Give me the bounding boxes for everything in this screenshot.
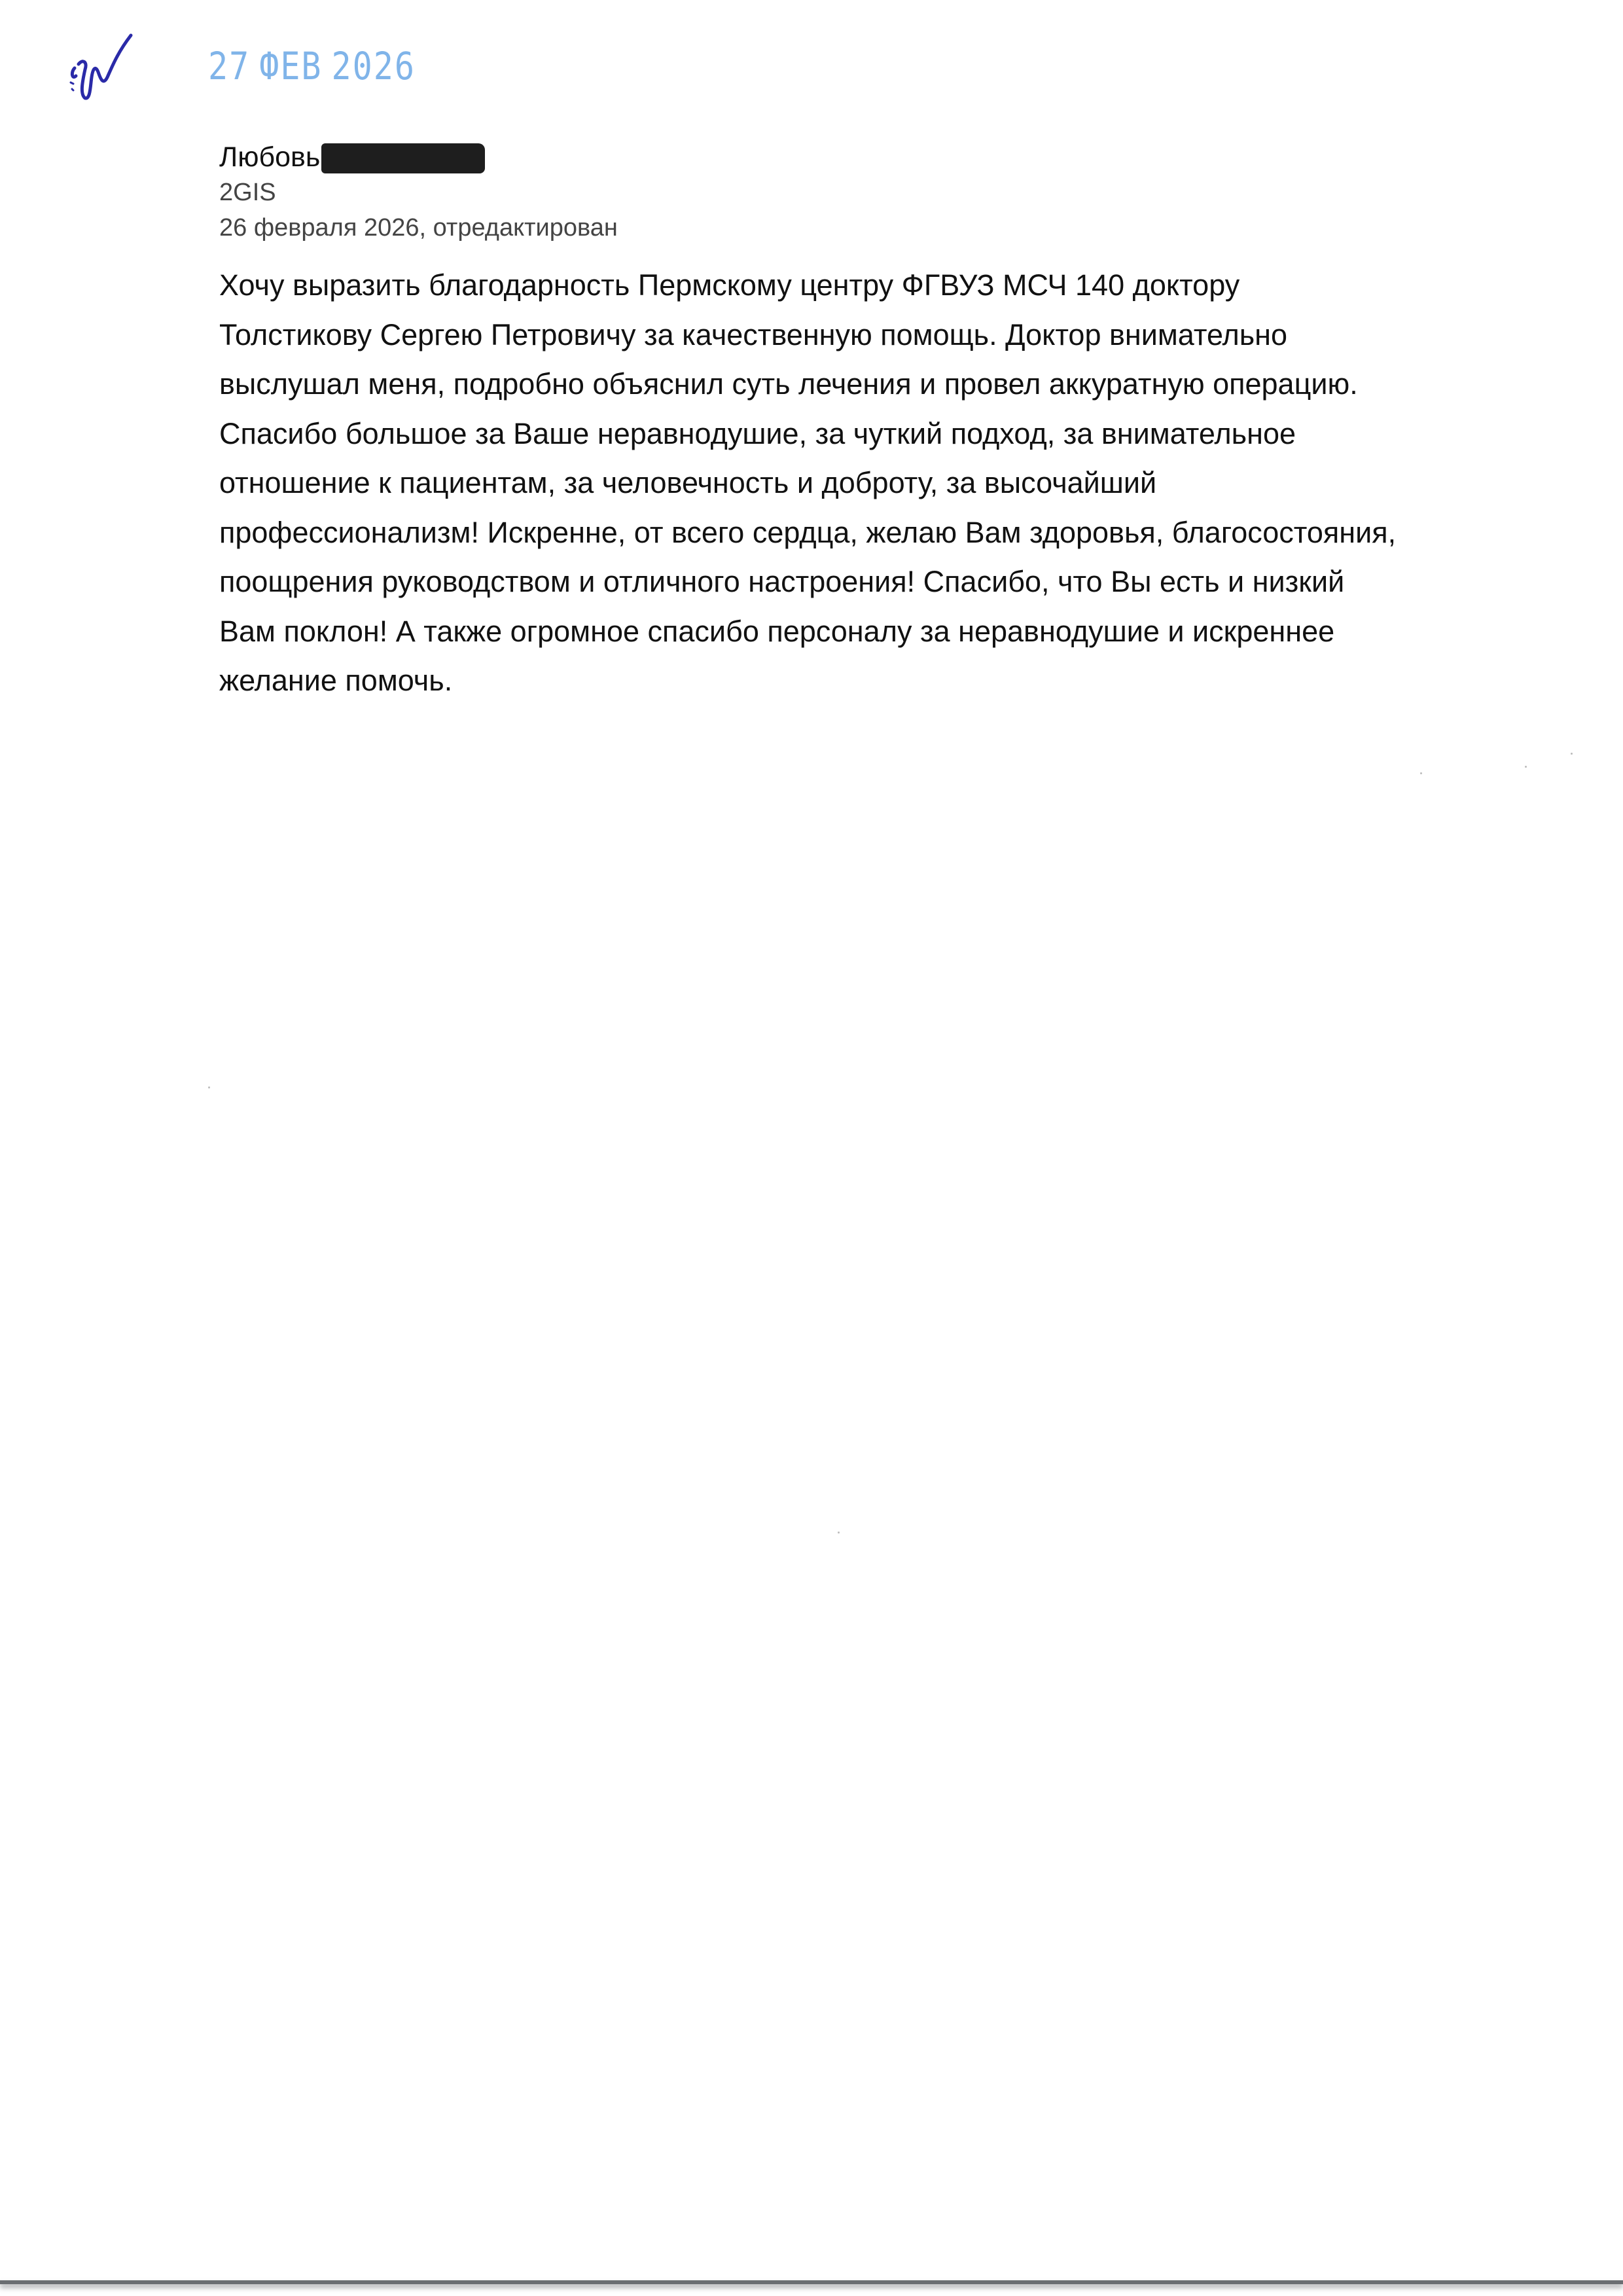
scan-speck (1571, 753, 1573, 755)
review-body-line: желание помочь. (219, 656, 1541, 706)
review-body-line: Вам поклон! А также огромное спасибо пер… (219, 607, 1541, 656)
scan-speck (838, 1532, 840, 1534)
review-body-line: Хочу выразить благодарность Пермскому це… (219, 260, 1541, 310)
scan-bottom-edge (0, 2280, 1623, 2284)
received-date-stamp: 27ФЕВ2026 (208, 45, 416, 88)
stamp-month: ФЕВ (259, 45, 322, 88)
review-date: 26 февраля 2026, отредактирован (219, 215, 618, 241)
author-first-name: Любовь (219, 140, 320, 174)
review-source: 2GIS (219, 179, 618, 206)
review-body: Хочу выразить благодарность Пермскому це… (219, 260, 1541, 706)
review-body-line: Спасибо большое за Ваше неравнодушие, за… (219, 409, 1541, 459)
stamp-day: 27 (208, 45, 250, 88)
scan-speck (1525, 766, 1527, 768)
handwritten-initials-signature (65, 26, 151, 105)
review-body-line: выслушал меня, подробно объяснил суть ле… (219, 359, 1541, 409)
review-body-line: отношение к пациентам, за человечность и… (219, 458, 1541, 508)
review-body-line: поощрения руководством и отличного настр… (219, 557, 1541, 607)
review-body-line: Толстикову Сергею Петровичу за качествен… (219, 310, 1541, 360)
scanned-document-page: 27ФЕВ2026 Любовь 2GIS 26 февраля 2026, о… (0, 0, 1623, 2296)
review-header: Любовь 2GIS 26 февраля 2026, отредактиро… (219, 140, 618, 241)
scan-speck (1420, 772, 1422, 774)
redacted-last-name (321, 143, 485, 173)
review-body-line: профессионализм! Искренне, от всего серд… (219, 508, 1541, 558)
scan-speck (208, 1086, 210, 1088)
author-row: Любовь (219, 140, 618, 174)
stamp-year: 2026 (332, 45, 416, 88)
